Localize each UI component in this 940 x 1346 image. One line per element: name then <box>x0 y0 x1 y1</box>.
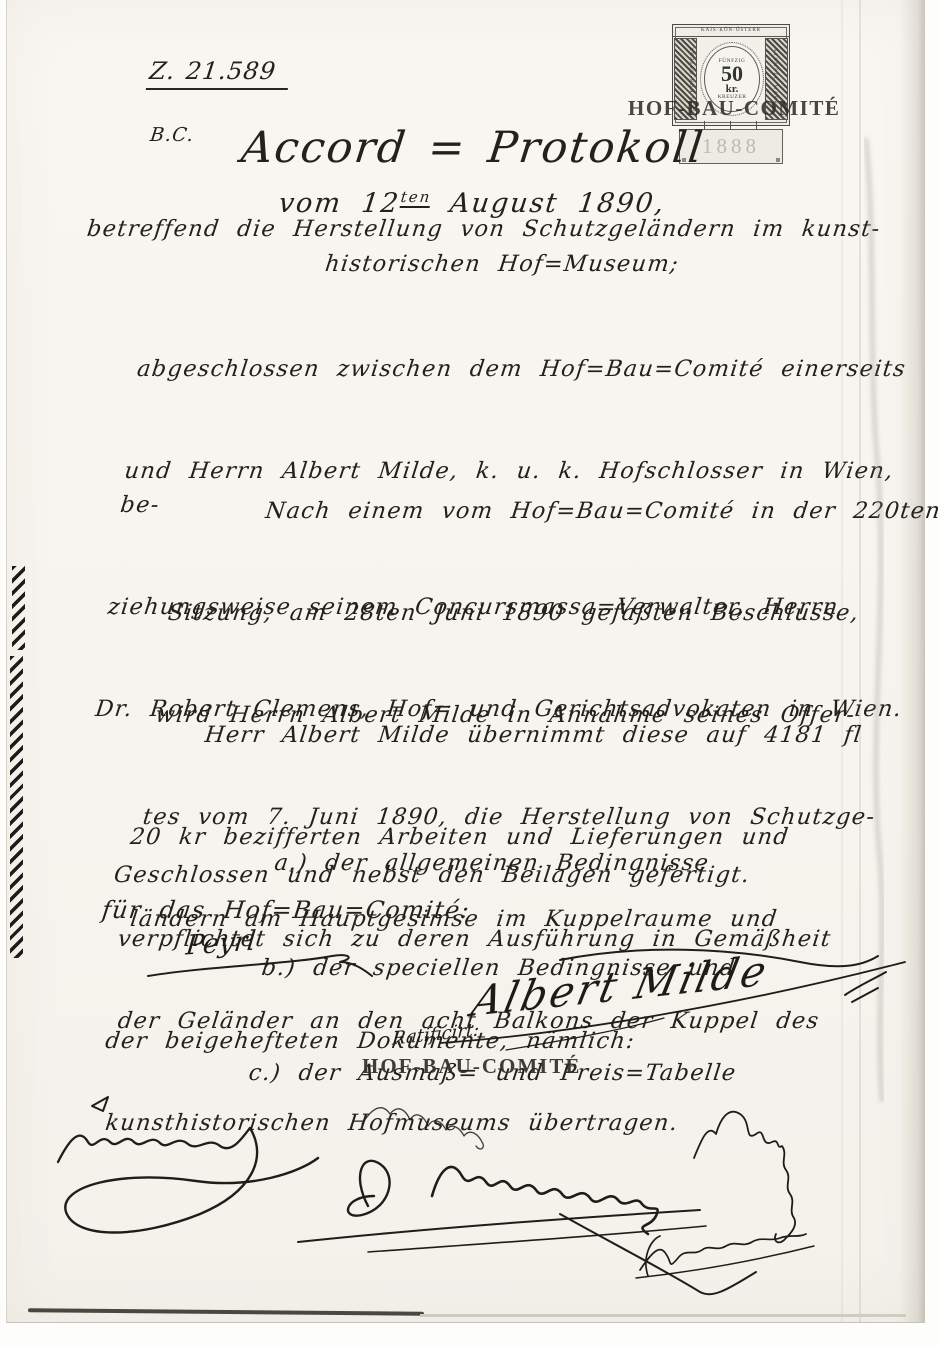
body-line: Nach einem vom Hof=Bau=Comité in der 220… <box>178 494 940 528</box>
stamp-overprint-text: HOF-BAU-COMITÉ <box>628 96 840 121</box>
closing-line: Geschlossen und nebst den Beilagen gefer… <box>112 858 896 892</box>
page-bottom-edge-light <box>420 1314 906 1317</box>
binding-stitch-strip <box>12 566 25 650</box>
document-title: Accord = Protokoll <box>60 124 886 172</box>
signature-peyrl: Peyrl <box>184 925 257 961</box>
binding-stitch-strip <box>10 656 23 958</box>
stamp-denomination-value: 50 <box>721 64 743 84</box>
committee-stamp: HOF-BAU-COMITÉ <box>362 1054 581 1079</box>
stamp-top-band: KAIS·KÖN·ÖSTERR <box>673 25 789 37</box>
paper-speckles <box>7 0 8 1</box>
intro-line: abgeschlossen zwischen dem Hof=Bau=Comit… <box>135 352 940 386</box>
date-superscript: ten <box>399 188 432 208</box>
intro-line: betreffend die Herstellung von Schutzgel… <box>85 212 899 246</box>
stamp-denomination-unit: kr. <box>726 84 739 94</box>
body-line: Sitzung, am 28ten Juni 1890 gefaßten Bes… <box>166 596 940 630</box>
scanned-document: Z. 21.589 B.C. KAIS·KÖN·ÖSTERR FÜNFZIG 5… <box>0 0 940 1346</box>
intro-line: historischen Hof=Museum; <box>60 247 940 281</box>
reference-number: Z. 21.589 <box>145 56 292 90</box>
closing-line: für das Hof=Bau=Comité: <box>100 893 884 927</box>
body-line: Herr Albert Milde übernimmt diese auf 41… <box>141 718 940 752</box>
